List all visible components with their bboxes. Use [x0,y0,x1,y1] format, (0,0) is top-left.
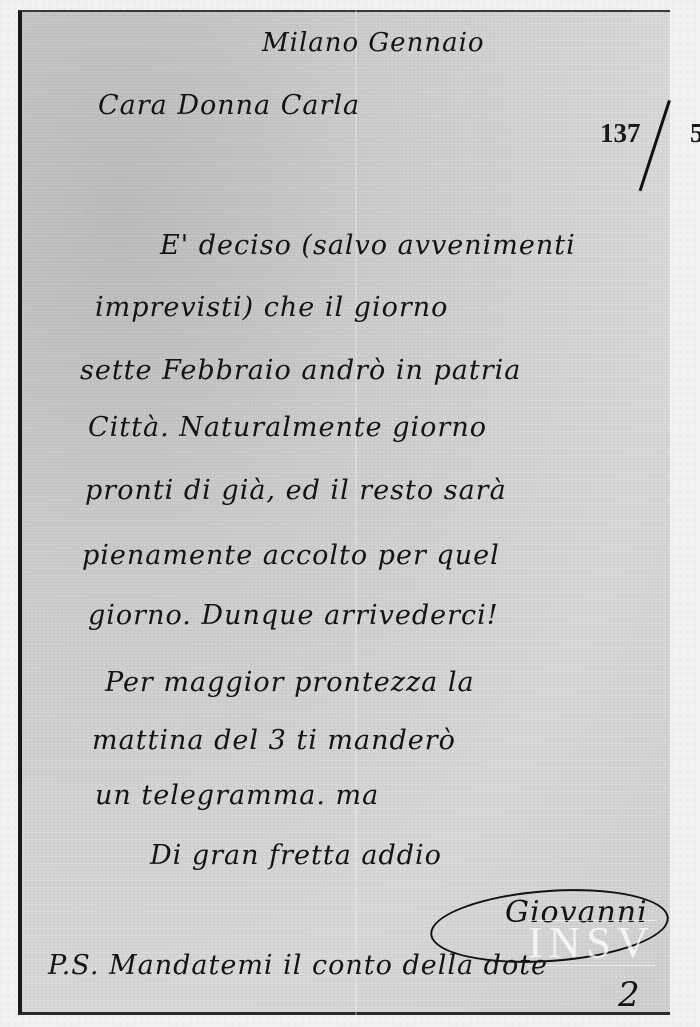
letter-salutation: Cara Donna Carla [98,90,360,121]
letter-body-line: pienamente accolto per quel [82,540,500,571]
archive-catalog-number: 137 [600,118,641,149]
letter-body-line: giorno. Dunque arrivederci! [88,600,499,631]
letter-header: Milano Gennaio [262,28,485,58]
letter-body-line: mattina del 3 ti manderò [92,725,456,756]
letter-body-line: Città. Naturalmente giorno [88,412,487,443]
archive-catalog-suffix: 5 [690,118,700,149]
letter-body-line: sette Febbraio andrò in patria [80,355,521,386]
postscript: P.S. Mandatemi il conto della dote [48,950,548,981]
letter-body-line: Per maggior prontezza la [105,667,475,698]
letter-body-line: E' deciso (salvo avvenimenti [160,230,576,261]
letter-body-line: imprevisti) che il giorno [95,292,448,323]
letter-body-line: Di gran fretta addio [150,840,442,871]
letter-body-line: un telegramma. ma [95,780,379,811]
letter-body-line: pronti di già, ed il resto sarà [85,475,507,506]
page-number: 2 [618,975,641,1015]
